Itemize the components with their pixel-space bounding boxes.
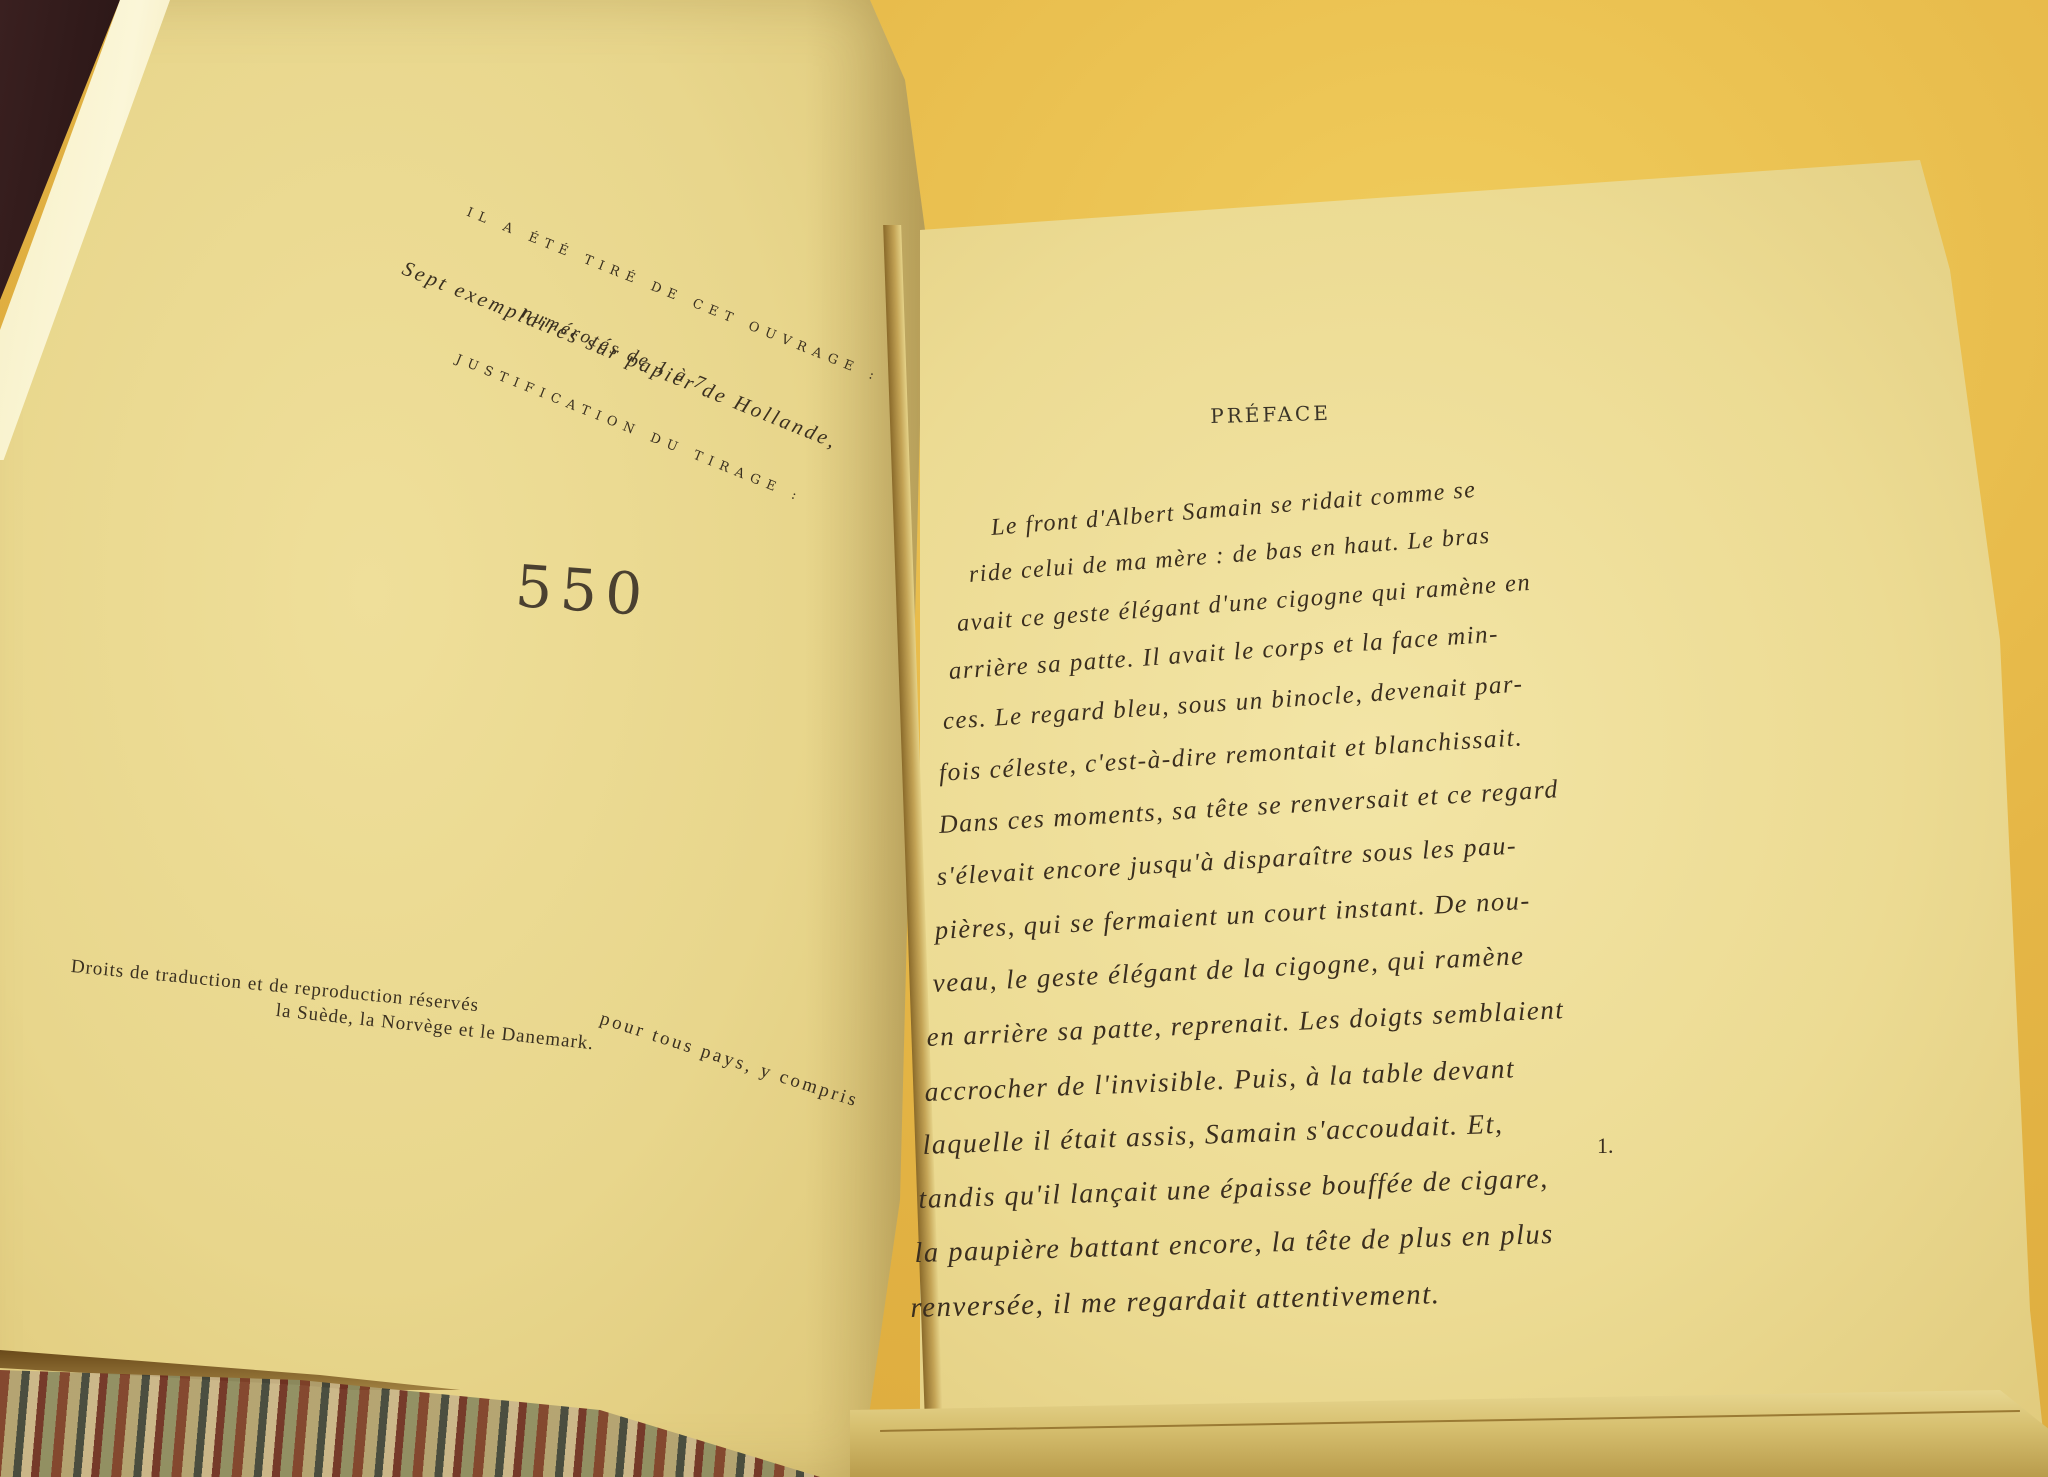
signature-mark: 1. (1597, 1133, 1614, 1159)
copy-number: 550 (513, 552, 652, 629)
book-photo-scene: Il a été tiré de cet ouvrage : Sept exem… (0, 0, 2048, 1477)
left-page (0, 0, 925, 1477)
preface-title: PRÉFACE (1210, 401, 1331, 428)
